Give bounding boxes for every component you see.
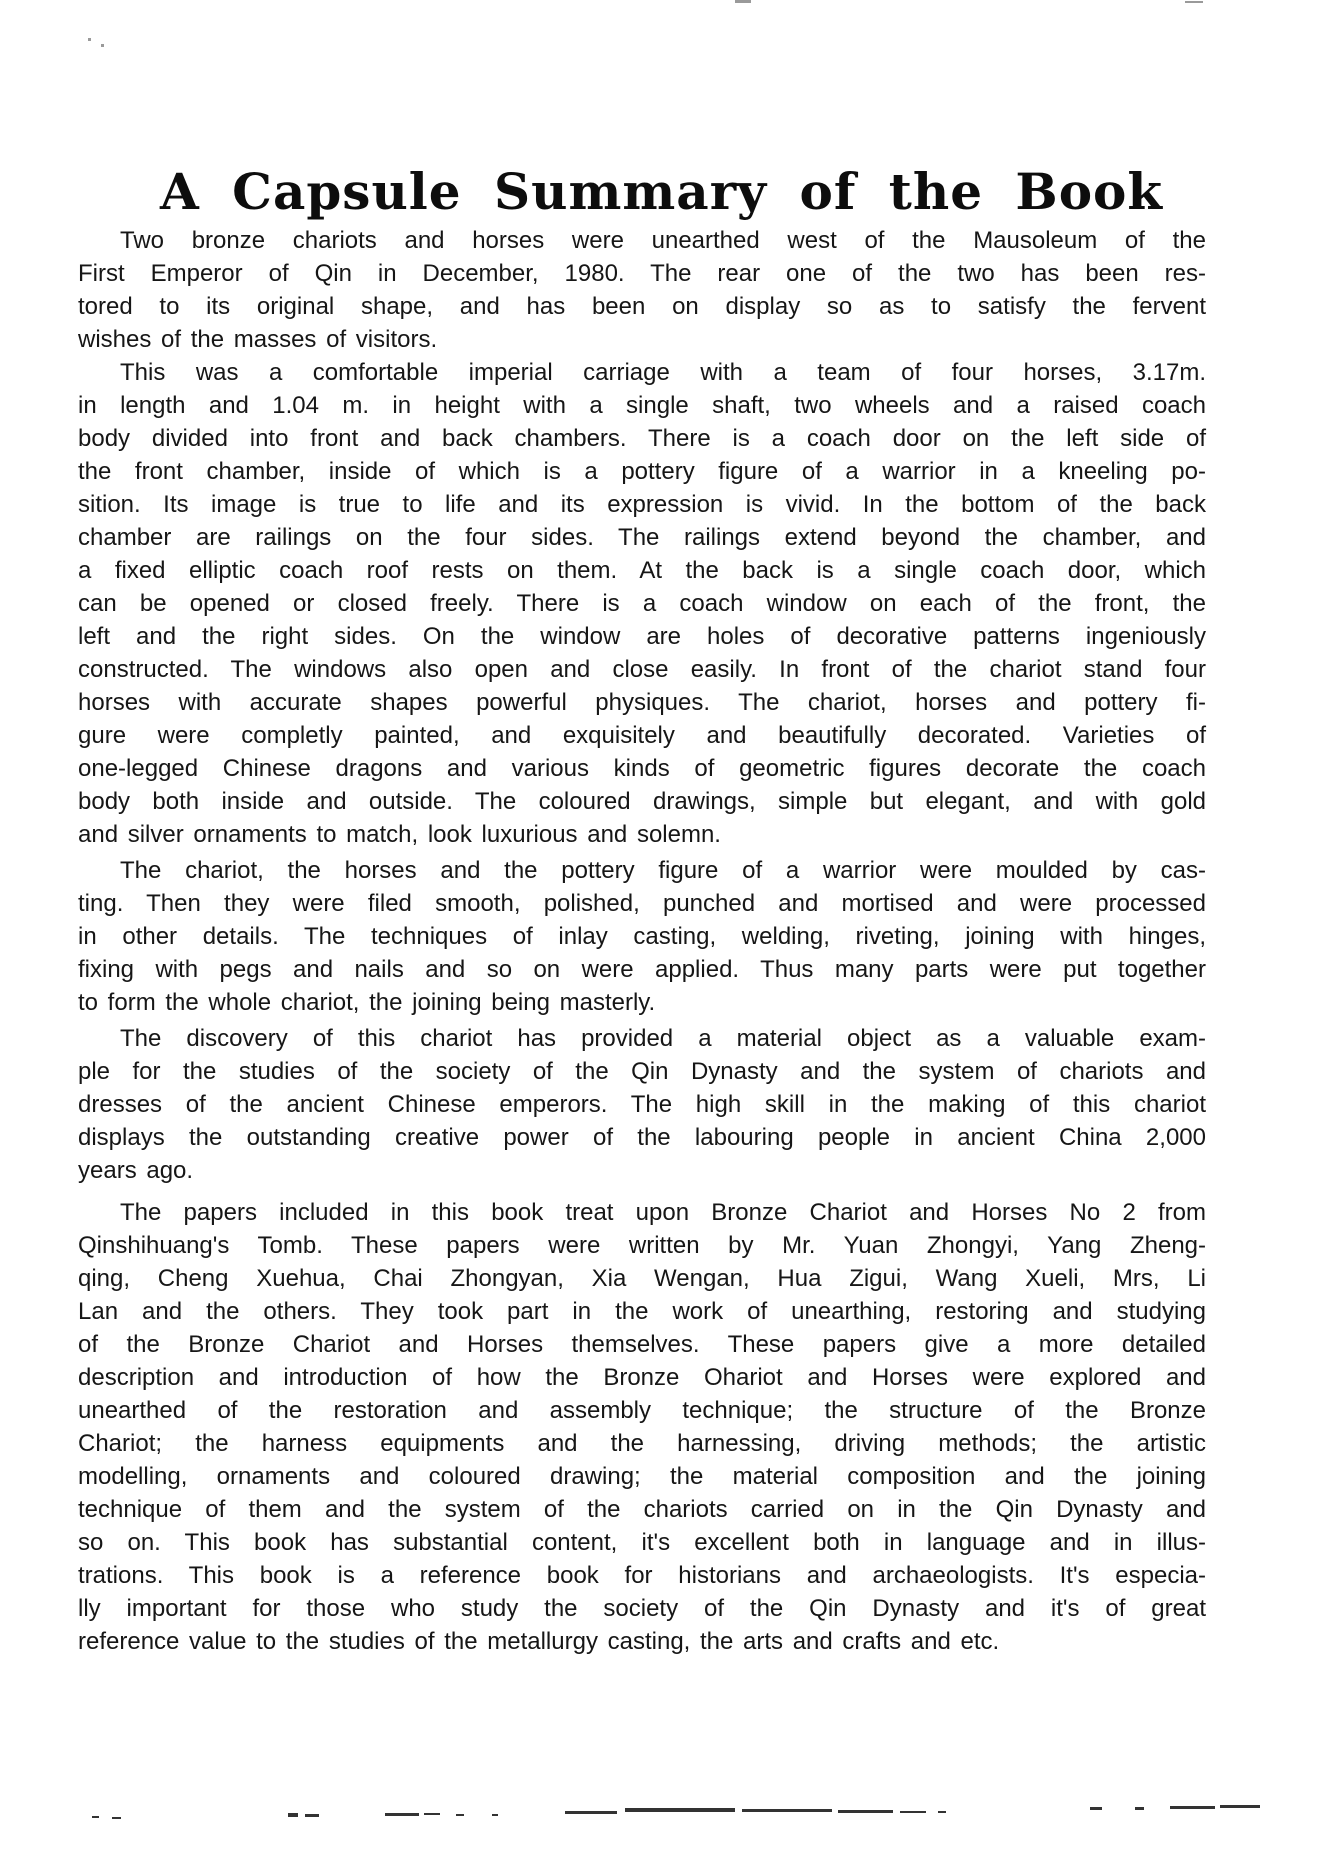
text-line: displays the outstanding creative power …	[78, 1121, 1206, 1154]
scan-artifact	[1185, 1, 1203, 3]
text-line: fixing with pegs and nails and so on wer…	[78, 953, 1206, 986]
text-line: ting. Then they were filed smooth, polis…	[78, 887, 1206, 920]
text-line: gure were completly painted, and exquisi…	[78, 719, 1206, 752]
text-line: and silver ornaments to match, look luxu…	[78, 818, 1206, 851]
text-line: unearthed of the restoration and assembl…	[78, 1394, 1206, 1427]
text-line: The papers included in this book treat u…	[78, 1196, 1206, 1229]
text-line: wishes of the masses of visitors.	[78, 323, 1206, 356]
text-line: Qinshihuang's Tomb. These papers were wr…	[78, 1229, 1206, 1262]
scan-artifact	[1220, 1805, 1260, 1808]
paragraph: The papers included in this book treat u…	[78, 1196, 1206, 1658]
text-line: body divided into front and back chamber…	[78, 422, 1206, 455]
text-line: a fixed elliptic coach roof rests on the…	[78, 554, 1206, 587]
text-line: First Emperor of Qin in December, 1980. …	[78, 257, 1206, 290]
scan-artifact	[565, 1811, 617, 1814]
scan-artifact	[305, 1814, 319, 1817]
body-text: Two bronze chariots and horses were unea…	[78, 224, 1206, 1658]
scan-artifact	[742, 1809, 832, 1812]
text-line: qing, Cheng Xuehua, Chai Zhongyan, Xia W…	[78, 1262, 1206, 1295]
scan-artifact	[838, 1810, 893, 1813]
text-line: horses with accurate shapes powerful phy…	[78, 686, 1206, 719]
text-line: to form the whole chariot, the joining b…	[78, 986, 1206, 1019]
text-line: the front chamber, inside of which is a …	[78, 455, 1206, 488]
text-line: so on. This book has substantial content…	[78, 1526, 1206, 1559]
scan-artifact	[900, 1811, 926, 1813]
scan-artifact	[735, 0, 751, 3]
paragraph: The discovery of this chariot has provid…	[78, 1022, 1206, 1187]
scan-artifact	[88, 38, 91, 41]
scan-artifact	[1170, 1806, 1215, 1809]
text-line: in length and 1.04 m. in height with a s…	[78, 389, 1206, 422]
text-line: Lan and the others. They took part in th…	[78, 1295, 1206, 1328]
scan-artifact	[112, 1817, 121, 1819]
paragraph: The chariot, the horses and the pottery …	[78, 854, 1206, 1019]
text-line: technique of them and the system of the …	[78, 1493, 1206, 1526]
text-line: This was a comfortable imperial carriage…	[78, 356, 1206, 389]
scan-artifact	[1135, 1807, 1144, 1810]
text-line: sition. Its image is true to life and it…	[78, 488, 1206, 521]
text-line: reference value to the studies of the me…	[78, 1625, 1206, 1658]
text-line: of the Bronze Chariot and Horses themsel…	[78, 1328, 1206, 1361]
text-line: Two bronze chariots and horses were unea…	[78, 224, 1206, 257]
scan-artifact	[625, 1808, 735, 1812]
text-line: description and introduction of how the …	[78, 1361, 1206, 1394]
scan-artifact	[938, 1811, 946, 1813]
scan-artifact	[288, 1813, 298, 1817]
text-line: years ago.	[78, 1154, 1206, 1187]
text-line: in other details. The techniques of inla…	[78, 920, 1206, 953]
scan-artifact	[385, 1813, 419, 1816]
text-line: dresses of the ancient Chinese emperors.…	[78, 1088, 1206, 1121]
scan-artifact	[456, 1814, 464, 1816]
text-line: ple for the studies of the society of th…	[78, 1055, 1206, 1088]
document-page: A Capsule Summary of the Book Two bronze…	[0, 0, 1323, 1871]
scan-artifact	[424, 1813, 440, 1815]
text-line: trations. This book is a reference book …	[78, 1559, 1206, 1592]
text-line: can be opened or closed freely. There is…	[78, 587, 1206, 620]
text-line: lly important for those who study the so…	[78, 1592, 1206, 1625]
scan-artifact	[101, 44, 104, 47]
paragraph: This was a comfortable imperial carriage…	[78, 356, 1206, 851]
scan-artifact	[1090, 1807, 1102, 1810]
text-line: one-legged Chinese dragons and various k…	[78, 752, 1206, 785]
scan-artifact	[492, 1814, 498, 1816]
page-title: A Capsule Summary of the Book	[0, 162, 1323, 221]
paragraph: Two bronze chariots and horses were unea…	[78, 224, 1206, 356]
text-line: The discovery of this chariot has provid…	[78, 1022, 1206, 1055]
text-line: The chariot, the horses and the pottery …	[78, 854, 1206, 887]
text-line: left and the right sides. On the window …	[78, 620, 1206, 653]
text-line: body both inside and outside. The colour…	[78, 785, 1206, 818]
scan-artifact	[92, 1816, 99, 1818]
text-line: modelling, ornaments and coloured drawin…	[78, 1460, 1206, 1493]
text-line: constructed. The windows also open and c…	[78, 653, 1206, 686]
text-line: tored to its original shape, and has bee…	[78, 290, 1206, 323]
text-line: Chariot; the harness equipments and the …	[78, 1427, 1206, 1460]
text-line: chamber are railings on the four sides. …	[78, 521, 1206, 554]
